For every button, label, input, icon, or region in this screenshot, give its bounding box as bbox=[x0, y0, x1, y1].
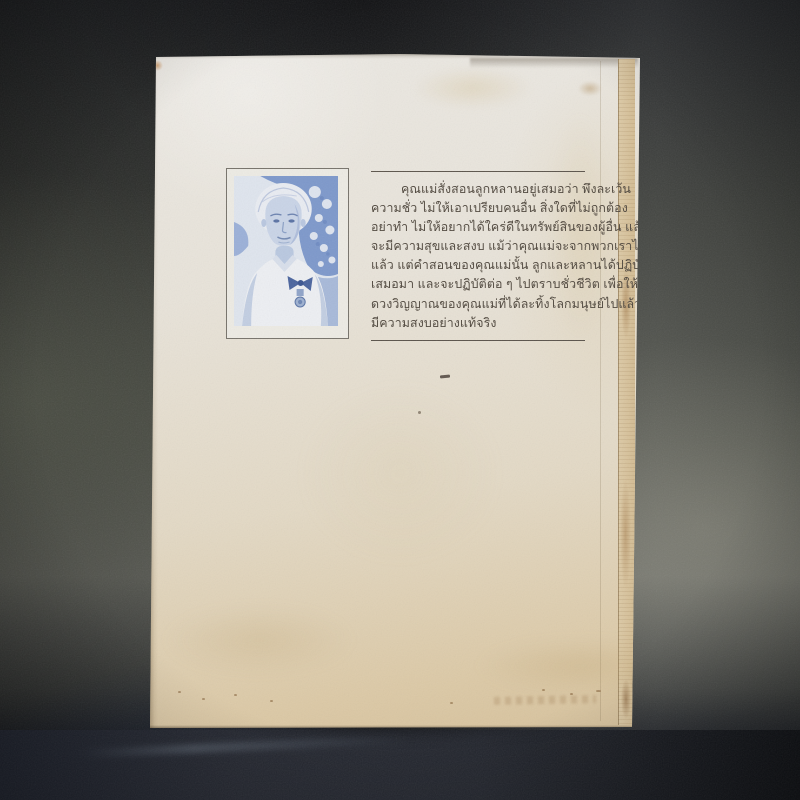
speckle bbox=[202, 698, 205, 700]
portrait-photo bbox=[234, 176, 338, 326]
speckle bbox=[596, 690, 601, 692]
cover-hinge-crease bbox=[600, 61, 601, 721]
speckle bbox=[178, 691, 181, 693]
page-fore-edge bbox=[618, 59, 635, 725]
memorial-quote-block: คุณแม่สั่งสอนลูกหลานอยู่เสมอว่า พึงละเว้… bbox=[371, 171, 585, 341]
cover-stain bbox=[164, 605, 354, 675]
foxing-stain bbox=[620, 479, 631, 589]
quote-line: ดวงวิญญาณของคุณแม่ที่ได้ละทิ้งโลกมนุษย์ไ… bbox=[371, 295, 585, 314]
quote-line: ความชั่ว ไม่ให้เอาเปรียบคนอื่น สิ่งใดที่… bbox=[371, 199, 585, 218]
cover-top-curl-shadow bbox=[470, 58, 638, 68]
quote-line: อย่าทำ ไม่ให้อยากได้ใคร่ดีในทรัพย์สินของ… bbox=[371, 218, 585, 237]
speckle bbox=[234, 694, 237, 696]
cover-stain bbox=[578, 81, 602, 96]
portrait-frame bbox=[226, 168, 349, 339]
quote-line: คุณแม่สั่งสอนลูกหลานอยู่เสมอว่า พึงละเว้… bbox=[371, 180, 585, 199]
speckle bbox=[450, 702, 453, 704]
book-back-cover: คุณแม่สั่งสอนลูกหลานอยู่เสมอว่า พึงละเว้… bbox=[150, 53, 642, 729]
quote-line: เสมอมา และจะปฏิบัติต่อ ๆ ไปตราบชั่วชีวิต… bbox=[371, 275, 585, 294]
foxing-stain bbox=[621, 679, 631, 719]
quote-line: มีความสงบอย่างแท้จริง bbox=[371, 314, 585, 333]
cover-stain bbox=[300, 383, 500, 563]
faint-illegible-imprint bbox=[494, 695, 596, 705]
elderly-woman-duotone-portrait bbox=[234, 176, 338, 326]
speckle bbox=[542, 689, 545, 691]
ink-dot-mark bbox=[418, 411, 421, 414]
speckle bbox=[570, 693, 573, 695]
speckle bbox=[270, 700, 273, 702]
quote-line: จะมีความสุขและสงบ แม้ว่าคุณแม่จะจากพวกเร… bbox=[371, 237, 585, 256]
quote-line: แล้ว แต่คำสอนของคุณแม่นั้น ลูกและหลานได้… bbox=[371, 256, 585, 275]
ink-dash-mark bbox=[440, 374, 450, 378]
cover-stain bbox=[412, 67, 532, 109]
